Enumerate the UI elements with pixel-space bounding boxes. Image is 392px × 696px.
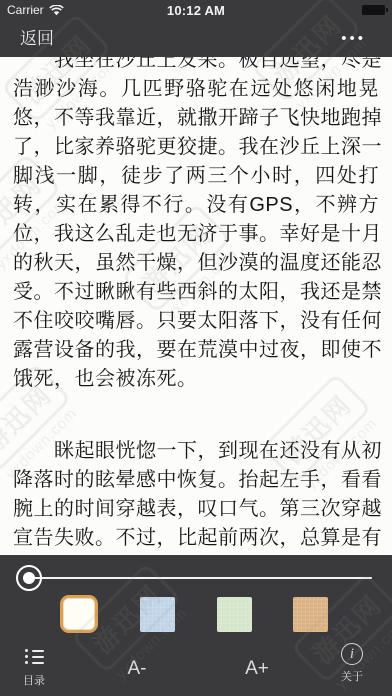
theme-picker [0,597,392,633]
progress-slider-thumb[interactable] [16,565,42,591]
bottom-toolbar: 目录 A- A+ i 关于 [0,640,392,696]
theme-swatch-tan[interactable] [293,597,328,632]
font-larger-button[interactable]: A+ [237,658,277,680]
text-line: 了，比家养骆驼更狡捷。我在沙丘上深一 [13,133,379,162]
text-line: 露营设备的我，要在荒漠中过夜，即使不 [13,336,379,365]
more-options-button[interactable]: ••• [341,31,366,46]
text-line: 腕上的时间穿越表，叹口气。第三次穿越 [13,495,379,524]
text-line: 的秋天，虽然干燥，但沙漠的温度还能忍 [13,249,379,278]
text-line: 我坐在沙丘上发呆。极目远望，尽是 [13,57,379,75]
nav-bar: 返回 ••• [0,20,392,57]
about-button-label: 关于 [330,668,374,684]
theme-swatch-blue[interactable] [140,597,175,632]
text-line: 浩渺沙海。几匹野骆驼在远处悠闲地晃 [13,75,379,104]
theme-swatch-green[interactable] [217,597,252,632]
list-icon [25,646,44,667]
progress-slider[interactable] [16,565,372,591]
battery-icon [362,5,385,15]
book-text: 我坐在沙丘上发呆。极目远望，尽是 浩渺沙海。几匹野骆驼在远处悠闲地晃 悠，不等我… [13,57,379,553]
progress-slider-track[interactable] [29,577,372,579]
toc-button[interactable]: 目录 [12,646,56,688]
clock: 10:12 AM [0,3,392,18]
text-line: 眯起眼恍惚一下，到现在还没有从初 [13,437,379,466]
font-smaller-button[interactable]: A- [117,658,157,680]
text-line: 饿死，也会被冻死。 [13,365,379,394]
text-line: 脚浅一脚，徒步了两三个小时，四处打 [13,162,379,191]
text-line: 悠，不等我靠近，就撒开蹄子飞快地跑掉 [13,104,379,133]
reader-controls-panel: 目录 A- A+ i 关于 [0,555,392,696]
text-line: 不住咬咬嘴唇。只要太阳落下，没有任何 [13,307,379,336]
info-icon: i [341,643,363,665]
ebook-reader-app: Carrier 10:12 AM 返回 ••• 我坐在沙丘上发呆。极目远望，尽是… [0,0,392,696]
text-line: 位，我这么乱走也无济于事。幸好是十月 [13,220,379,249]
text-line: 转，实在累得不行。没有GPS，不辨方 [13,191,379,220]
reading-page[interactable]: 我坐在沙丘上发呆。极目远望，尽是 浩渺沙海。几匹野骆驼在远处悠闲地晃 悠，不等我… [0,57,392,555]
text-line: 降落时的眩晕感中恢复。抬起左手，看看 [13,466,379,495]
back-button[interactable]: 返回 [20,30,54,47]
text-line: 受。不过瞅瞅有些西斜的太阳，我还是禁 [13,278,379,307]
about-button[interactable]: i 关于 [330,643,374,684]
toc-button-label: 目录 [12,672,56,688]
theme-swatch-white[interactable] [60,595,98,633]
status-bar: Carrier 10:12 AM [0,0,392,20]
text-line: 宣告失败。不过，比起前两次，总算是有 [13,524,379,553]
